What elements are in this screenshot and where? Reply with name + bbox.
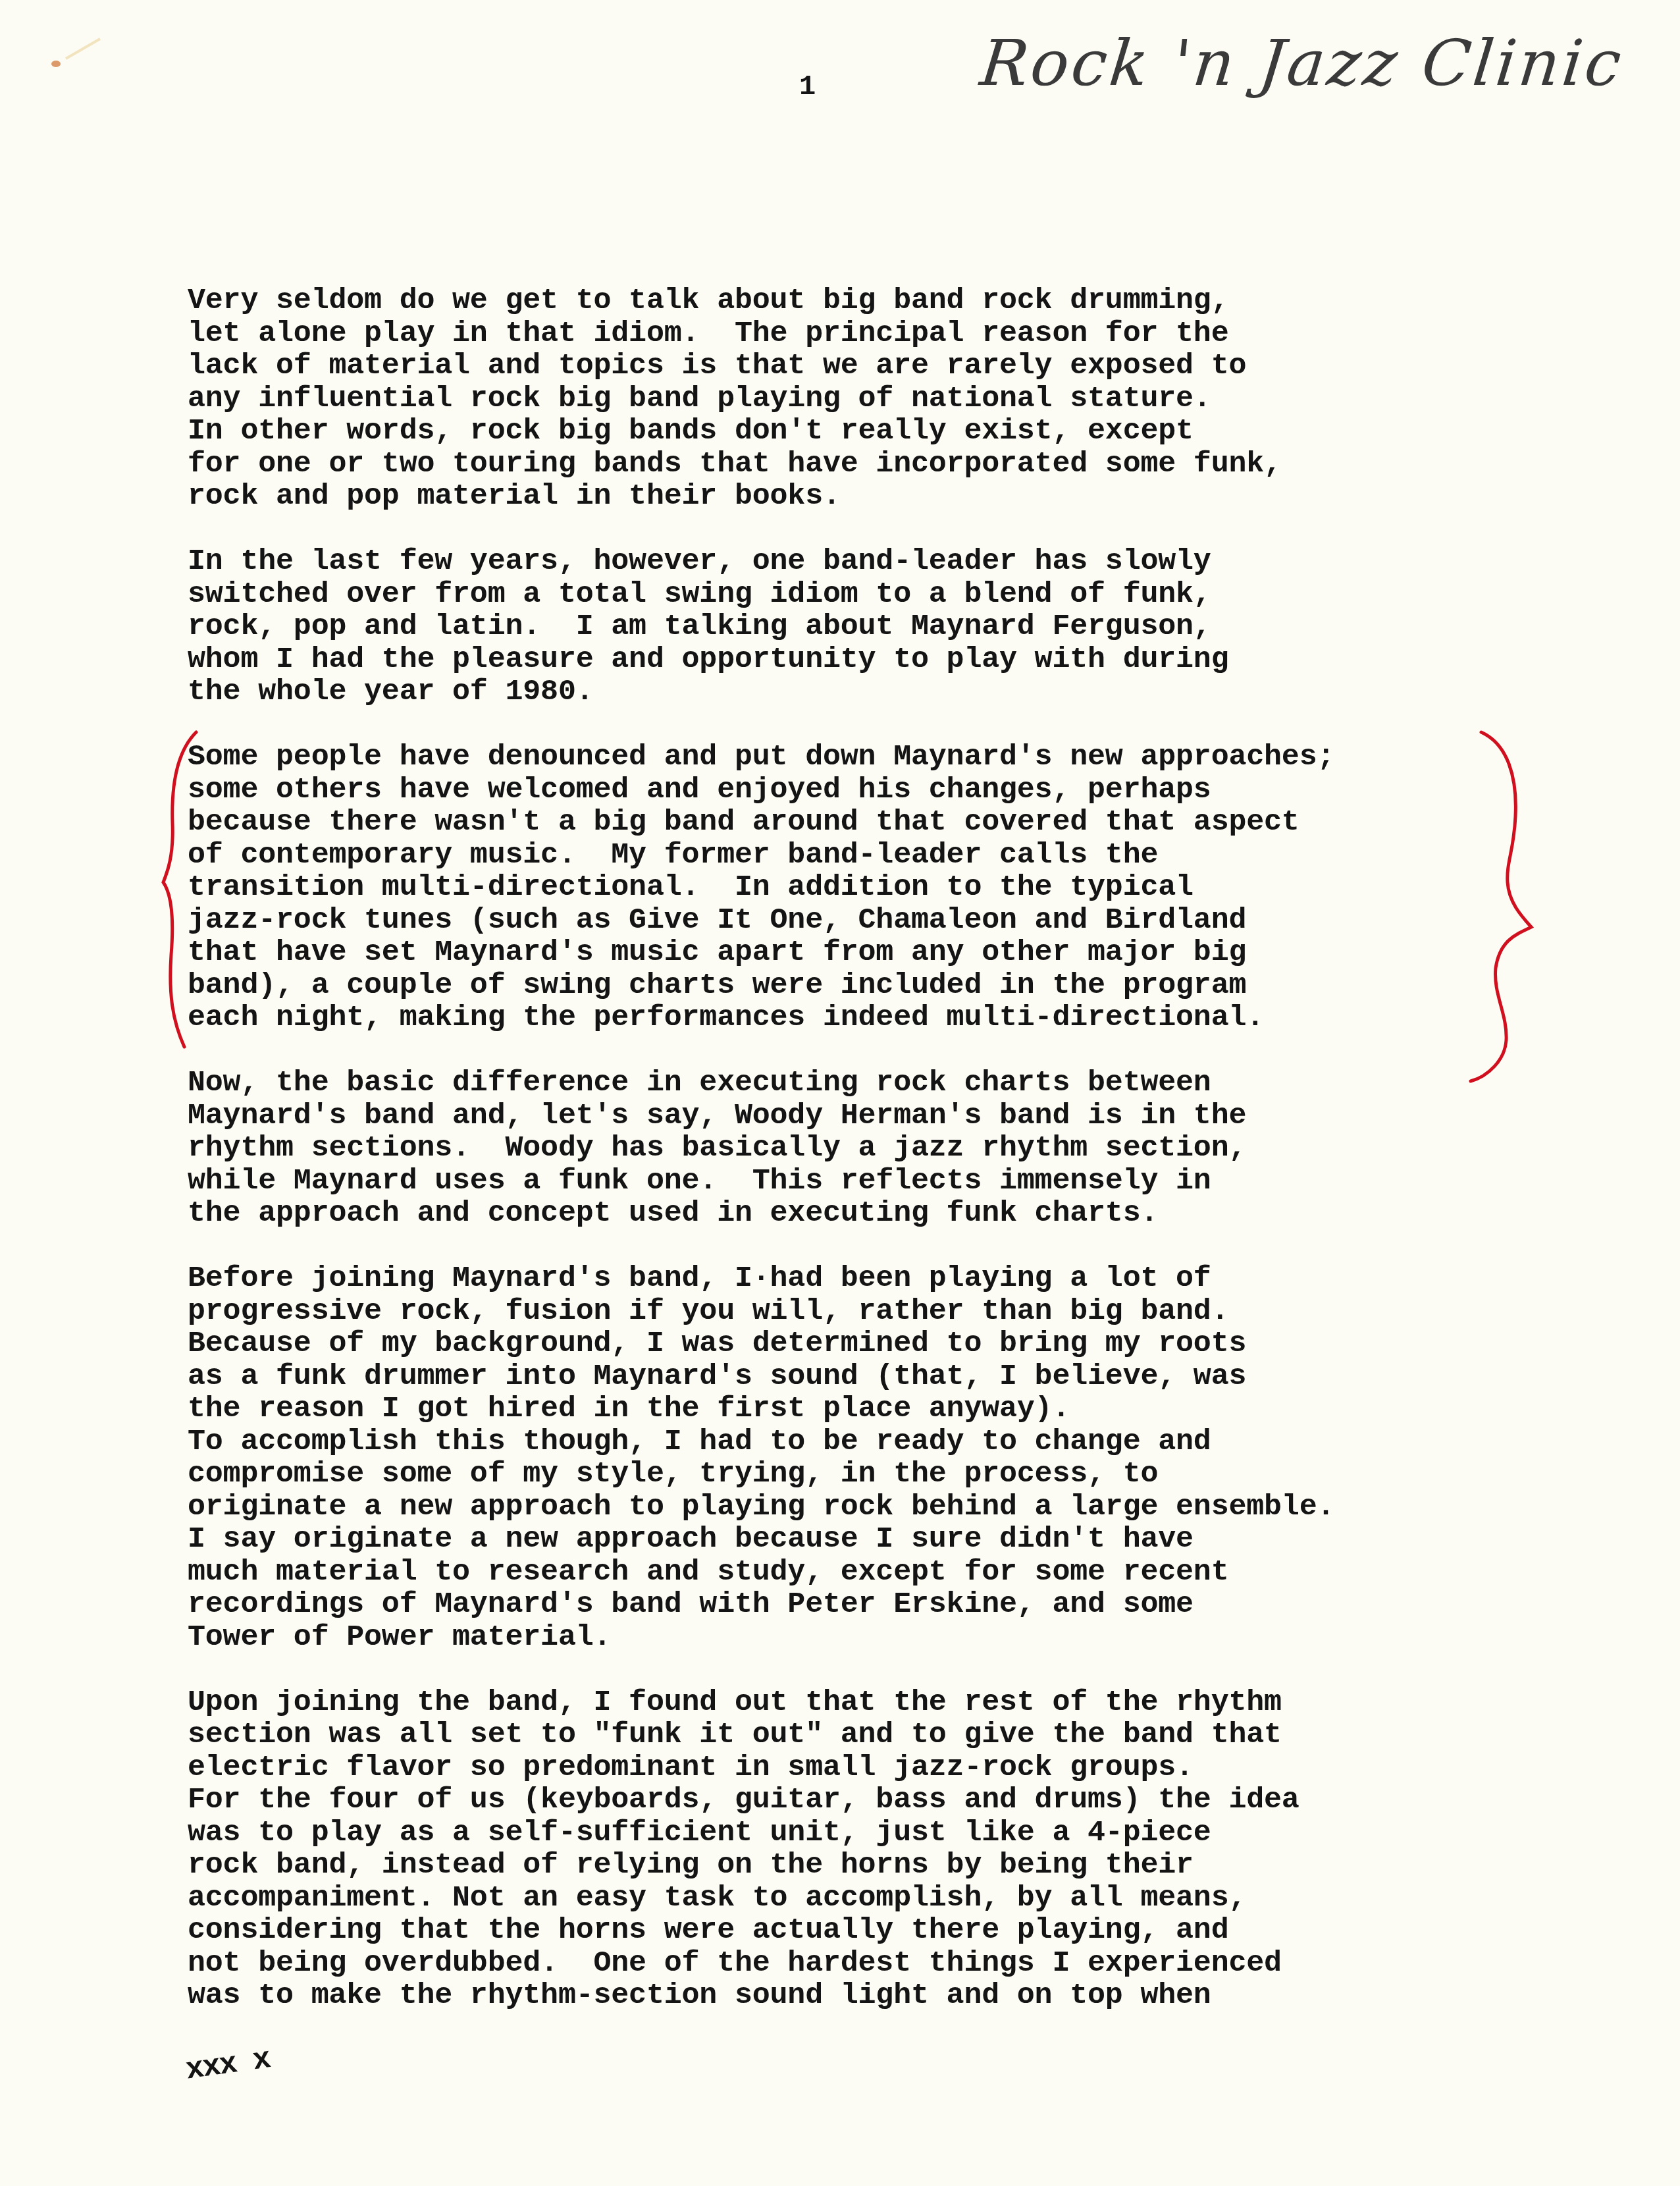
text-line: the reason I got hired in the first plac… <box>188 1393 1537 1426</box>
text-line: Very seldom do we get to talk about big … <box>188 284 1537 317</box>
text-line: that have set Maynard's music apart from… <box>188 936 1537 969</box>
text-line: as a funk drummer into Maynard's sound (… <box>188 1360 1537 1393</box>
text-line: each night, making the performances inde… <box>188 1001 1537 1034</box>
text-line: For the four of us (keyboards, guitar, b… <box>188 1784 1537 1817</box>
page-number: 1 <box>799 71 816 103</box>
text-line: Before joining Maynard's band, I·had bee… <box>188 1262 1537 1295</box>
text-line: originate a new approach to playing rock… <box>188 1491 1537 1524</box>
text-line: Because of my background, I was determin… <box>188 1327 1537 1360</box>
paper-stain <box>51 61 61 67</box>
text-line: the approach and concept used in executi… <box>188 1197 1537 1230</box>
text-line: electric flavor so predominant in small … <box>188 1751 1537 1784</box>
text-line: much material to research and study, exc… <box>188 1556 1537 1589</box>
text-line: recordings of Maynard's band with Peter … <box>188 1588 1537 1621</box>
footer-mark-text: xxx x <box>184 2042 272 2087</box>
text-line: any influential rock big band playing of… <box>188 383 1537 415</box>
text-line: progressive rock, fusion if you will, ra… <box>188 1295 1537 1328</box>
text-line: Some people have denounced and put down … <box>188 741 1537 774</box>
text-line: let alone play in that idiom. The princi… <box>188 317 1537 350</box>
text-line: accompaniment. Not an easy task to accom… <box>188 1882 1537 1915</box>
text-line: for one or two touring bands that have i… <box>188 448 1537 481</box>
text-line: of contemporary music. My former band-le… <box>188 839 1537 872</box>
text-line: lack of material and topics is that we a… <box>188 350 1537 383</box>
text-line: not being overdubbed. One of the hardest… <box>188 1947 1537 1980</box>
text-line: section was all set to "funk it out" and… <box>188 1719 1537 1751</box>
text-line: band), a couple of swing charts were inc… <box>188 969 1537 1002</box>
text-line: switched over from a total swing idiom t… <box>188 578 1537 611</box>
text-line: rock, pop and latin. I am talking about … <box>188 610 1537 643</box>
typed-strikeout-mark: xxx x <box>186 2048 270 2082</box>
text-line: In other words, rock big bands don't rea… <box>188 415 1537 448</box>
paragraph: Upon joining the band, I found out that … <box>188 1686 1537 2012</box>
text-line: rock band, instead of relying on the hor… <box>188 1849 1537 1882</box>
text-line: considering that the horns were actually… <box>188 1914 1537 1947</box>
text-line: the whole year of 1980. <box>188 676 1537 708</box>
paragraph: Now, the basic difference in executing r… <box>188 1067 1537 1230</box>
text-line: I say originate a new approach because I… <box>188 1523 1537 1556</box>
paper-stain <box>65 38 101 59</box>
text-line: Upon joining the band, I found out that … <box>188 1686 1537 1719</box>
text-line: Tower of Power material. <box>188 1621 1537 1654</box>
text-line: In the last few years, however, one band… <box>188 545 1537 578</box>
paragraph: In the last few years, however, one band… <box>188 545 1537 708</box>
paragraph: Some people have denounced and put down … <box>188 741 1537 1034</box>
text-line: because there wasn't a big band around t… <box>188 806 1537 839</box>
text-line: rhythm sections. Woody has basically a j… <box>188 1132 1537 1165</box>
text-line: jazz-rock tunes (such as Give It One, Ch… <box>188 904 1537 937</box>
paragraph: Very seldom do we get to talk about big … <box>188 284 1537 513</box>
text-line: some others have welcomed and enjoyed hi… <box>188 774 1537 807</box>
text-line: compromise some of my style, trying, in … <box>188 1458 1537 1491</box>
text-line: To accomplish this though, I had to be r… <box>188 1426 1537 1458</box>
text-line: whom I had the pleasure and opportunity … <box>188 643 1537 676</box>
text-line: Maynard's band and, let's say, Woody Her… <box>188 1100 1537 1133</box>
typed-body: Very seldom do we get to talk about big … <box>188 284 1537 2044</box>
paragraph: Before joining Maynard's band, I·had bee… <box>188 1262 1537 1653</box>
text-line: rock and pop material in their books. <box>188 480 1537 513</box>
text-line: Now, the basic difference in executing r… <box>188 1067 1537 1100</box>
text-line: transition multi-directional. In additio… <box>188 871 1537 904</box>
text-line: was to make the rhythm-section sound lig… <box>188 1979 1537 2012</box>
text-line: while Maynard uses a funk one. This refl… <box>188 1165 1537 1198</box>
handwritten-title: Rock 'n Jazz Clinic <box>977 26 1627 100</box>
text-line: was to play as a self-sufficient unit, j… <box>188 1817 1537 1850</box>
